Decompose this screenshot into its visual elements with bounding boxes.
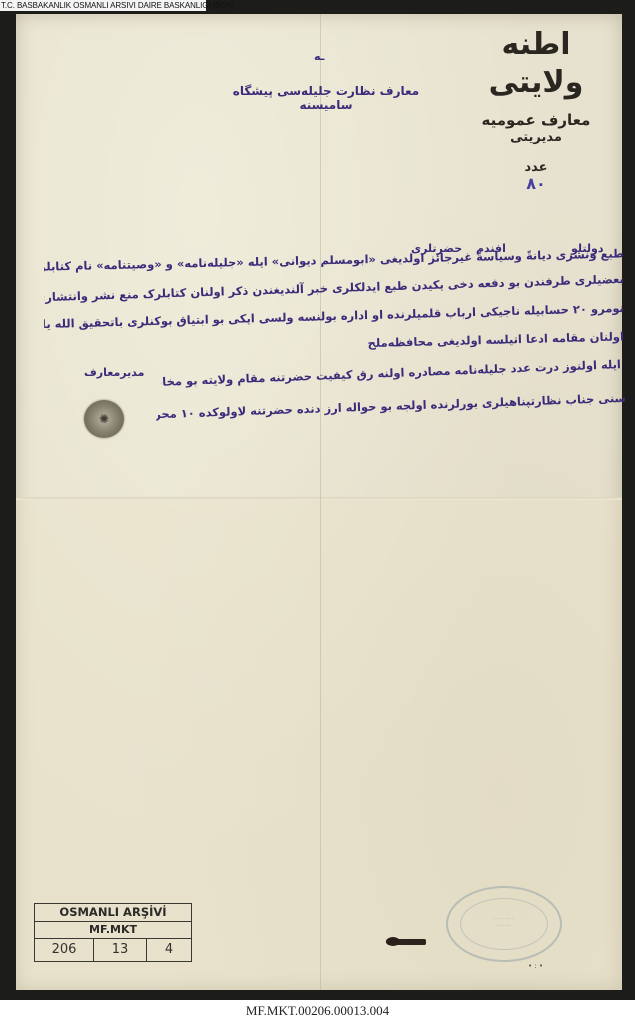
letterhead-subtitle-2: مدیریتی bbox=[466, 130, 606, 146]
received-stamp-text: ‥‥‥ ‥‥‥ bbox=[448, 915, 560, 922]
top-mark: ـه bbox=[314, 50, 324, 63]
body-line: بعضیلری طرفندن بو دفعه دخی یکیدن طبع اید… bbox=[44, 271, 624, 305]
archive-label-numbers: 206 13 4 bbox=[35, 939, 191, 961]
horizontal-fold bbox=[16, 497, 622, 500]
letterhead-subtitle-1: معارف عمومیه bbox=[466, 110, 606, 130]
signature-label: مدیرمعارف bbox=[84, 366, 144, 379]
addressee: معارف نظارت جلیله‌سی پیشگاه سامیسنه bbox=[226, 84, 426, 112]
vertical-fold bbox=[320, 14, 321, 990]
ink-blot bbox=[386, 939, 426, 945]
archive-label: OSMANLI ARŞİVİ MF.MKT 206 13 4 bbox=[34, 903, 192, 962]
received-stamp-text: ‥‥ ‥‥ bbox=[448, 922, 560, 929]
shirt-number: 13 bbox=[94, 939, 147, 961]
received-stamp: ‥‥‥ ‥‥‥ ‥‥ ‥‥ bbox=[446, 886, 562, 962]
number-value: ٨٠ bbox=[466, 176, 606, 192]
stamp-dots: • : • bbox=[528, 962, 543, 970]
archive-header: T.C. BASBAKANLIK OSMANLI ARSIVI DAIRE BA… bbox=[0, 0, 206, 11]
document-id: MF.MKT.00206.00013.004 bbox=[0, 1000, 635, 1024]
letterhead: اطنه ولایتی معارف عمومیه مدیریتی عدد ٨٠ bbox=[466, 26, 606, 192]
letterhead-title: اطنه ولایتی bbox=[466, 26, 606, 102]
body-line: اولنان مقامه ادعا اتیلسه اولدیغی محافظه‌… bbox=[44, 328, 624, 359]
page-number: 4 bbox=[147, 939, 191, 961]
document-page: اطنه ولایتی معارف عمومیه مدیریتی عدد ٨٠ … bbox=[16, 14, 622, 990]
seal-stamp: ✺ bbox=[84, 400, 124, 438]
archive-label-fond: MF.MKT bbox=[35, 922, 191, 939]
body-line: ایله اولنوز درت عدد جلیله‌نامه مصادره او… bbox=[161, 356, 621, 390]
archive-label-title: OSMANLI ARŞİVİ bbox=[35, 904, 191, 922]
dossier-number: 206 bbox=[35, 939, 94, 961]
body-line: سنی جناب نظارتپناهیلری بورلرنده اولجه بو… bbox=[156, 390, 626, 422]
seal-icon: ✺ bbox=[99, 412, 109, 426]
body-line: طبع ونشری دیانةً وسیاسةً غیرجائز اولدیغی… bbox=[44, 245, 624, 274]
body-line: نومرو ۲۰ حسابیله ناجیکی ارباب قلمیلرنده … bbox=[44, 300, 624, 332]
